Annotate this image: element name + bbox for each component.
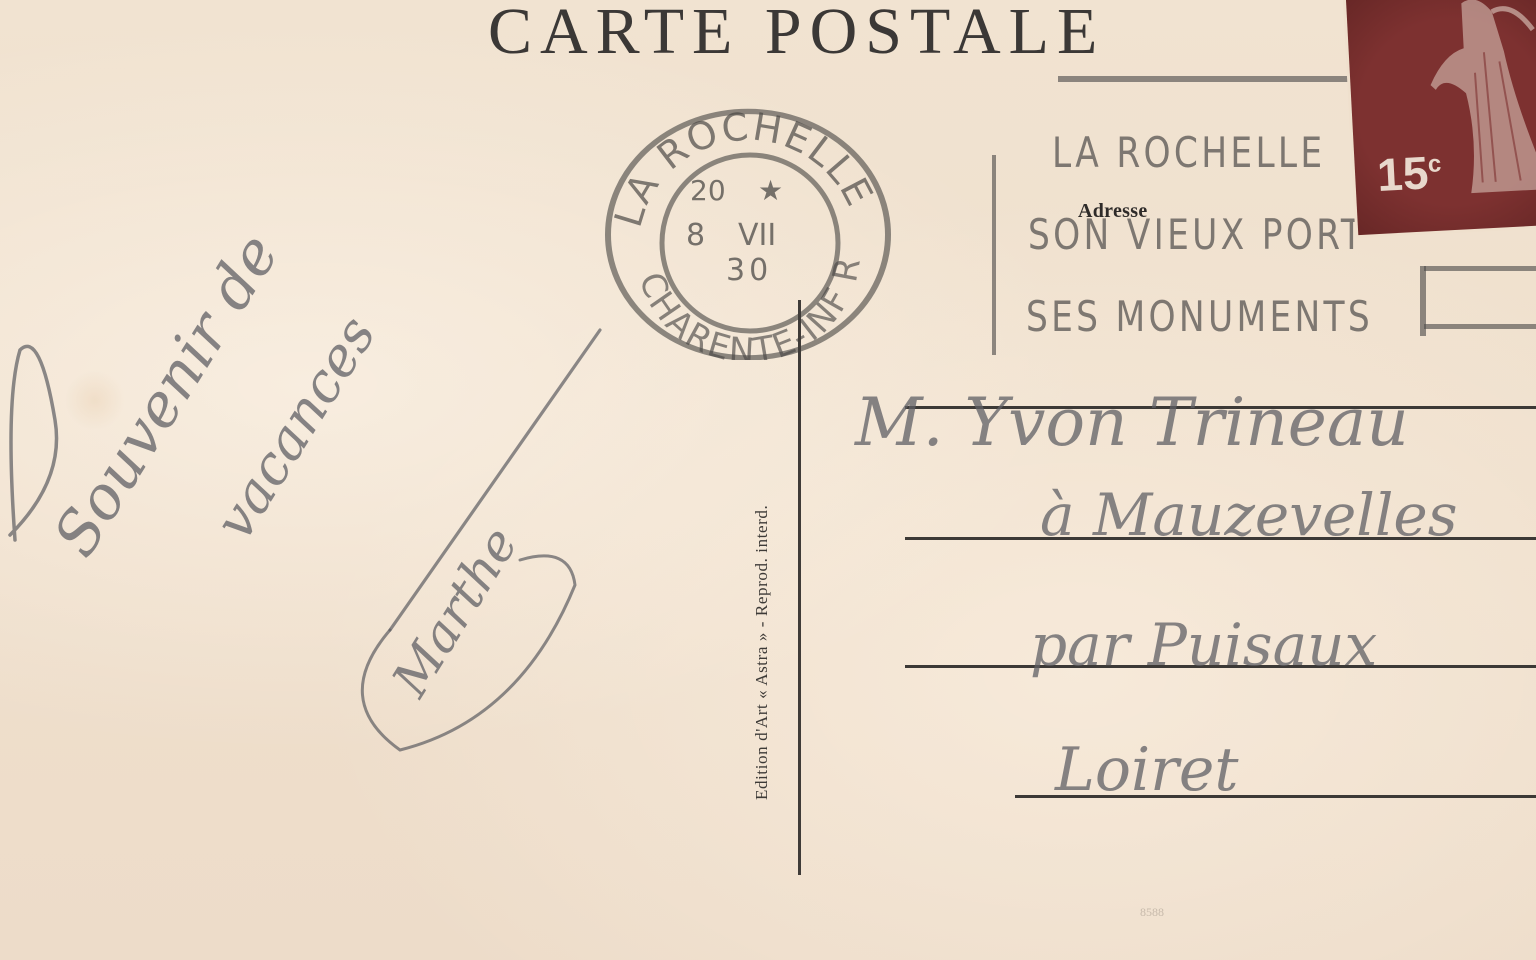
recipient-line-3: par Puisaux (1030, 611, 1377, 679)
postmark-hour: 20 (690, 174, 726, 207)
card-title: CARTE POSTALE (488, 0, 1105, 70)
sower-figure-icon (1401, 0, 1536, 235)
address-line-3 (905, 665, 1536, 668)
cancel-left-bar (992, 155, 996, 355)
cancel-top-bar (1058, 76, 1358, 82)
recipient-line-1: M. Yvon Trineau (854, 384, 1409, 461)
address-label: Adresse (1078, 200, 1148, 223)
message-line-2: vacances (202, 305, 388, 550)
postmark-day: 8 (686, 218, 705, 253)
vertical-divider (798, 300, 801, 875)
circular-postmark: LA ROCHELLE CHARENTE-INF RE 20 ★ 8 VII 3… (598, 100, 898, 360)
message-line-1: Souvenir de (40, 222, 293, 568)
address-line-1 (905, 406, 1536, 409)
address-line-2 (905, 537, 1536, 540)
postmark-town: LA ROCHELLE (606, 104, 882, 232)
postcard-back: CARTE POSTALE LA ROCHELLE CHARENTE-INF R… (0, 0, 1536, 960)
cancel-box-top (1424, 266, 1536, 271)
address-line-4 (1015, 795, 1536, 798)
postmark-star: ★ (758, 174, 783, 207)
publisher-imprint: Edition d'Art « Astra » - Reprod. interd… (752, 505, 772, 800)
postmark-month: VII (738, 218, 776, 253)
cancel-line-1: LA ROCHELLE (1052, 128, 1325, 177)
footer-mark: 8588 (1140, 905, 1164, 920)
stamp-value: 15c (1376, 145, 1443, 202)
postmark-year: 30 (726, 253, 772, 288)
message-signature: Marthe (380, 517, 529, 707)
cancel-box-bottom (1424, 324, 1536, 329)
postage-stamp: 15c (1346, 0, 1536, 235)
svg-text:LA ROCHELLE: LA ROCHELLE (606, 104, 882, 232)
cancel-line-3: SES MONUMENTS (1026, 292, 1373, 341)
